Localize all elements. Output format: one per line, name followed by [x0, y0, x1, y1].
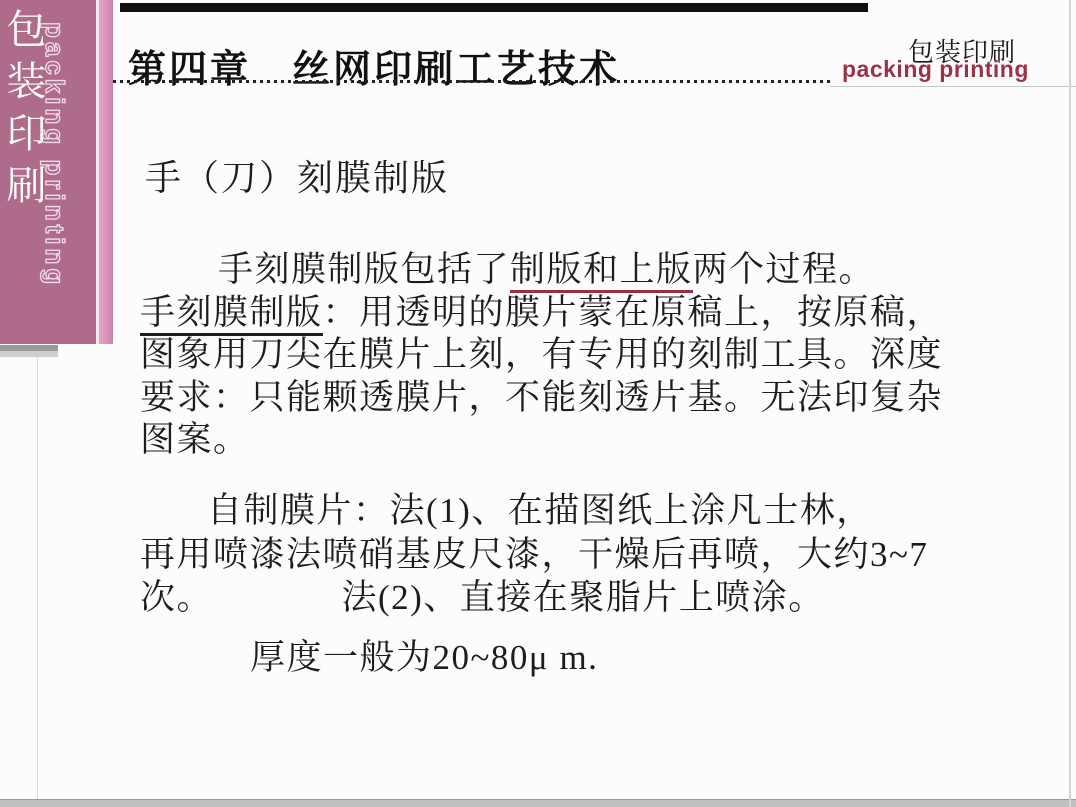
- p1-l1-underlined-red: 制版和上版: [510, 250, 693, 293]
- paragraph-1-line-5: 图案。: [140, 419, 960, 462]
- slide-right-border: [1069, 0, 1071, 807]
- slide-bottom-border: [0, 799, 1076, 807]
- paragraph-1-line-1: 手刻膜制版包括了制版和上版两个过程。: [140, 249, 960, 292]
- slide-canvas: 包装印刷 packing printing 第四章 丝网印刷工艺技术 包装印刷 …: [0, 0, 1076, 807]
- header-black-bar: [120, 3, 868, 12]
- slide-left-edge-line: [37, 357, 38, 799]
- paragraph-2-line-2: 再用喷漆法喷硝基皮尺漆，干燥后再喷，大约3~7: [140, 533, 960, 577]
- paragraph-3: 厚度一般为20~80μ m.: [250, 637, 598, 680]
- paragraph-1-line-2: 手刻膜制版：用透明的膜片蒙在原稿上，按原稿，: [140, 292, 960, 335]
- paragraph-2-line-3: 次。 法(2)、直接在聚脂片上喷涂。: [140, 576, 960, 620]
- brand-text-en: packing printing: [842, 56, 1029, 83]
- sidebar-vertical-title-cn: 包装印刷: [1, 8, 45, 216]
- section-heading: 手（刀）刻膜制版: [145, 150, 449, 201]
- paragraph-1-line-3: 图象用刀尖在膜片上刻，有专用的刻制工具。深度: [140, 334, 960, 377]
- paragraph-1: 手刻膜制版包括了制版和上版两个过程。 手刻膜制版：用透明的膜片蒙在原稿上，按原稿…: [140, 249, 960, 462]
- dotted-divider: [113, 80, 830, 83]
- sidebar-vertical-title-en: packing printing: [40, 22, 70, 288]
- sidebar-pink-strip: [99, 0, 113, 344]
- chapter-title: 第四章 丝网印刷工艺技术: [128, 38, 620, 93]
- p1-l2-post: ：用透明的膜片蒙在原稿上，按原稿，: [323, 293, 944, 332]
- thin-gray-rule: [830, 86, 1076, 87]
- sidebar-shadow-light: [0, 351, 58, 357]
- paragraph-1-line-4: 要求：只能颗透膜片，不能刻透片基。无法印复杂: [140, 377, 960, 420]
- p1-l2-underlined-black: 手刻膜制版: [140, 293, 323, 336]
- p1-l1-pre: 手刻膜制版包括了: [218, 250, 510, 289]
- paragraph-2-line-1: 自制膜片：法(1)、在描图纸上涂凡士林，: [140, 489, 960, 533]
- p1-l1-post: 两个过程。: [693, 250, 876, 289]
- paragraph-2: 自制膜片：法(1)、在描图纸上涂凡士林， 再用喷漆法喷硝基皮尺漆，干燥后再喷，大…: [140, 489, 960, 620]
